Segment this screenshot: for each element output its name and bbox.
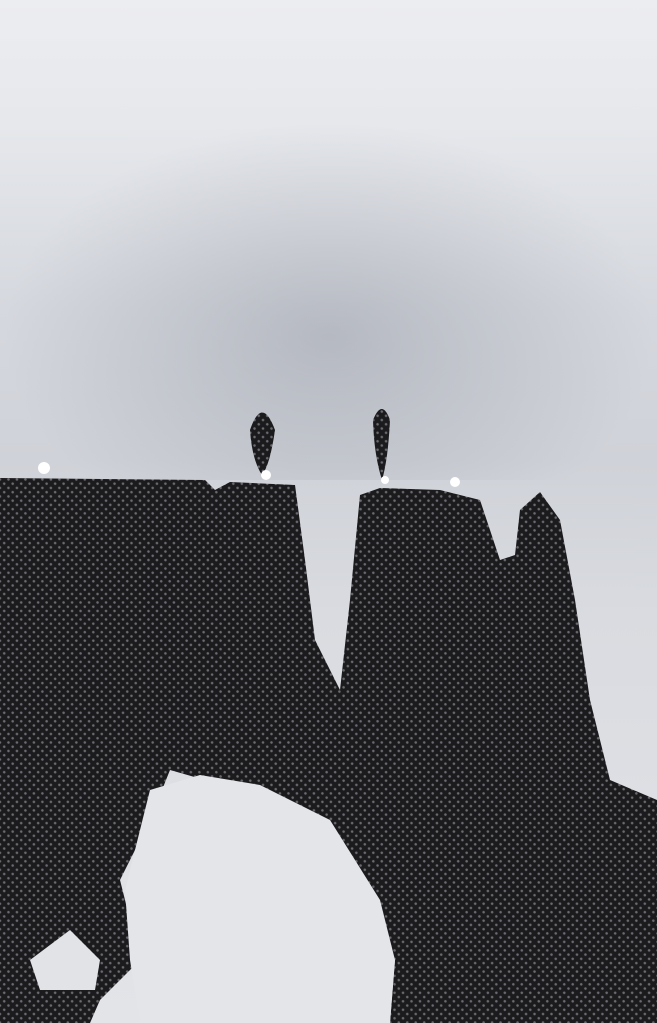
- torn-poster-photo: [0, 0, 657, 1023]
- ink-drip: [373, 409, 390, 480]
- ink-shapes: [0, 0, 657, 1023]
- ink-drip: [250, 413, 275, 476]
